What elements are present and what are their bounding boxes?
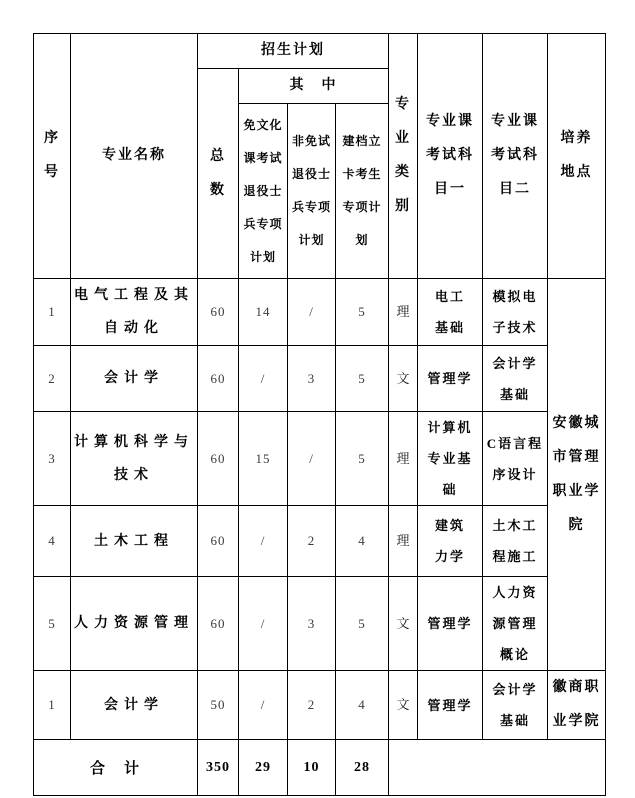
row-sub3: 5 xyxy=(336,279,389,346)
row-category: 文 xyxy=(389,671,418,740)
document-page: { "table": { "header": { "serial": "序\n号… xyxy=(0,0,635,798)
row-sub2: 2 xyxy=(288,671,336,740)
table-row: 4 土木工程 60 / 2 4 理 建筑 力学 土木工 程施工 xyxy=(34,506,606,577)
row-sub3: 5 xyxy=(336,346,389,412)
table-row: 2 会计学 60 / 3 5 文 管理学 会计学 基础 xyxy=(34,346,606,412)
row-category: 理 xyxy=(389,506,418,577)
row-sub3: 5 xyxy=(336,577,389,671)
row-sub1: 15 xyxy=(239,412,288,506)
row-subject1: 管理学 xyxy=(418,346,483,412)
row-major: 会计学 xyxy=(71,671,198,740)
row-subject1: 计算机 专业基 础 xyxy=(418,412,483,506)
row-sub1: 14 xyxy=(239,279,288,346)
row-category: 理 xyxy=(389,279,418,346)
header-sub3-cell: 建档立 卡考生 专项计 划 xyxy=(336,104,389,279)
row-total: 50 xyxy=(198,671,239,740)
header-among-cell: 其 中 xyxy=(239,69,389,104)
row-total: 60 xyxy=(198,412,239,506)
location-group1-cell: 安徽城 市管理 职业学 院 xyxy=(548,279,606,671)
row-sub2: 3 xyxy=(288,346,336,412)
row-serial: 2 xyxy=(34,346,71,412)
header-subject1-cell: 专业课 考试科 目一 xyxy=(418,34,483,279)
row-sub2: / xyxy=(288,412,336,506)
row-category: 文 xyxy=(389,577,418,671)
row-sub1: / xyxy=(239,577,288,671)
row-major: 会计学 xyxy=(71,346,198,412)
header-serial-cell: 序 号 xyxy=(34,34,71,279)
header-plan-cell: 招生计划 xyxy=(198,34,389,69)
row-sub1: / xyxy=(239,671,288,740)
header-subject2-cell: 专业课 考试科 目二 xyxy=(483,34,548,279)
header-location-cell: 培养 地点 xyxy=(548,34,606,279)
table-row: 5 人力资源管理 60 / 3 5 文 管理学 人力资 源管理 概论 xyxy=(34,577,606,671)
row-subject1: 建筑 力学 xyxy=(418,506,483,577)
row-sub3: 4 xyxy=(336,671,389,740)
row-major: 电气工程及其 自动化 xyxy=(71,279,198,346)
totals-sub3: 28 xyxy=(336,740,389,796)
table-row: 3 计算机科学与 技术 60 15 / 5 理 计算机 专业基 础 C语言程 序… xyxy=(34,412,606,506)
row-subject1: 管理学 xyxy=(418,671,483,740)
row-sub1: / xyxy=(239,346,288,412)
row-sub1: / xyxy=(239,506,288,577)
row-subject2: 会计学 基础 xyxy=(483,346,548,412)
enrollment-plan-table: 序 号 专业名称 招生计划 专 业 类 别 专业课 考试科 目一 专业课 考试科… xyxy=(33,33,606,796)
row-serial: 3 xyxy=(34,412,71,506)
row-subject1: 管理学 xyxy=(418,577,483,671)
header-total-cell: 总 数 xyxy=(198,69,239,279)
row-major: 人力资源管理 xyxy=(71,577,198,671)
header-major-cell: 专业名称 xyxy=(71,34,198,279)
row-sub2: 2 xyxy=(288,506,336,577)
totals-sub2: 10 xyxy=(288,740,336,796)
row-total: 60 xyxy=(198,279,239,346)
row-major: 土木工程 xyxy=(71,506,198,577)
row-subject1: 电工 基础 xyxy=(418,279,483,346)
row-sub2: / xyxy=(288,279,336,346)
totals-total: 350 xyxy=(198,740,239,796)
row-subject2: 模拟电 子技术 xyxy=(483,279,548,346)
table-row: 1 会计学 50 / 2 4 文 管理学 会计学 基础 徽商职 业学院 xyxy=(34,671,606,740)
totals-row: 合 计 350 29 10 28 xyxy=(34,740,606,796)
row-total: 60 xyxy=(198,506,239,577)
header-row-1: 序 号 专业名称 招生计划 专 业 类 别 专业课 考试科 目一 专业课 考试科… xyxy=(34,34,606,69)
row-subject2: C语言程 序设计 xyxy=(483,412,548,506)
row-category: 文 xyxy=(389,346,418,412)
row-total: 60 xyxy=(198,577,239,671)
row-total: 60 xyxy=(198,346,239,412)
header-sub1-cell: 免文化 课考试 退役士 兵专项 计划 xyxy=(239,104,288,279)
header-sub2-cell: 非免试 退役士 兵专项 计划 xyxy=(288,104,336,279)
row-serial: 4 xyxy=(34,506,71,577)
row-subject2: 人力资 源管理 概论 xyxy=(483,577,548,671)
totals-sub1: 29 xyxy=(239,740,288,796)
row-category: 理 xyxy=(389,412,418,506)
header-category-cell: 专 业 类 别 xyxy=(389,34,418,279)
row-subject2: 土木工 程施工 xyxy=(483,506,548,577)
row-serial: 1 xyxy=(34,279,71,346)
totals-label: 合 计 xyxy=(34,740,198,796)
row-sub3: 4 xyxy=(336,506,389,577)
row-sub3: 5 xyxy=(336,412,389,506)
table-row: 1 电气工程及其 自动化 60 14 / 5 理 电工 基础 模拟电 子技术 安… xyxy=(34,279,606,346)
row-serial: 1 xyxy=(34,671,71,740)
row-sub2: 3 xyxy=(288,577,336,671)
totals-empty-cell xyxy=(389,740,606,796)
row-major: 计算机科学与 技术 xyxy=(71,412,198,506)
location-group2-cell: 徽商职 业学院 xyxy=(548,671,606,740)
row-serial: 5 xyxy=(34,577,71,671)
row-subject2: 会计学 基础 xyxy=(483,671,548,740)
